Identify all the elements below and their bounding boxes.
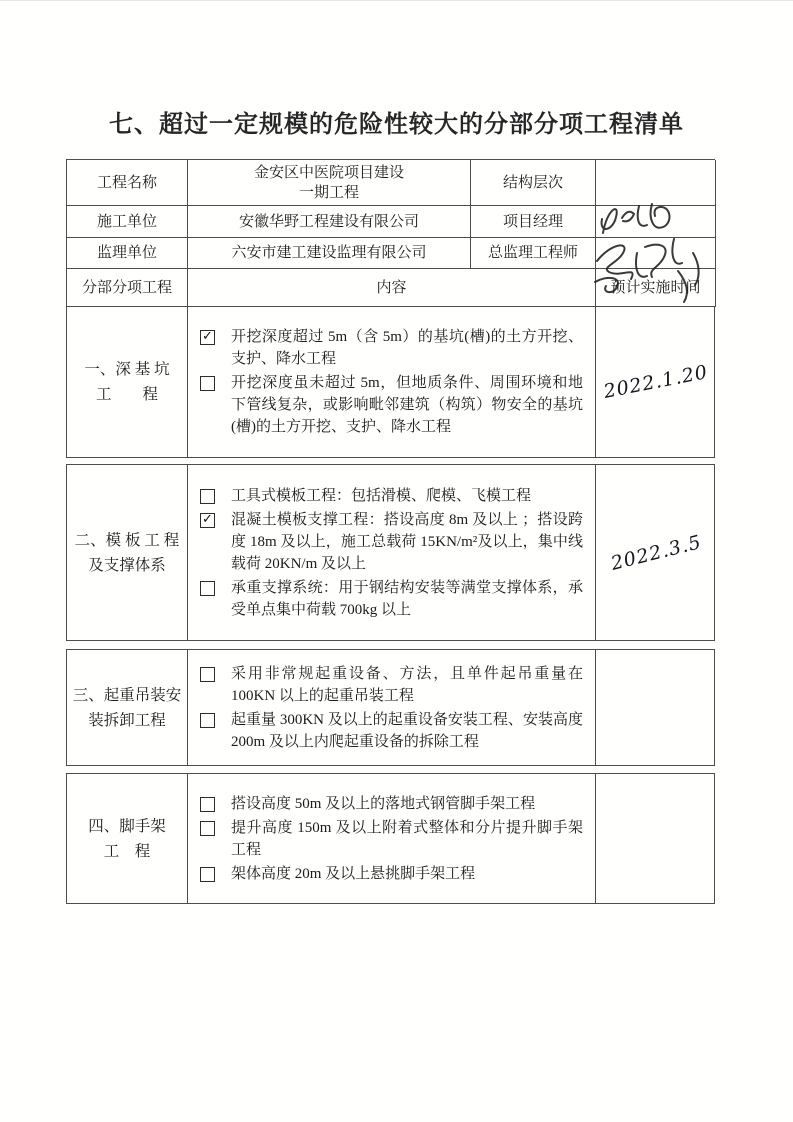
section-content: ✓ 开挖深度超过 5m（含 5m）的基坑(槽)的土方开挖、支护、降水工程 开挖深… [188,307,596,457]
section-label: 三、起重吊装安 装拆卸工程 [67,650,188,765]
page-title: 七、超过一定规模的危险性较大的分部分项工程清单 [0,104,793,139]
checklist-item: 采用非常规起重设备、方法，且单件起吊重量在 100KN 以上的起重吊装工程 [197,663,583,707]
column-header-content: 内容 [188,269,596,307]
checkbox-icon[interactable] [200,797,215,812]
section-label: 一、深 基 坑 工 程 [67,307,188,457]
structure-level-value [596,160,716,206]
project-name-value: 金安区中医院项目建设 一期工程 [188,160,471,206]
section-content: 工具式模板工程：包括滑模、爬模、飞模工程 ✓ 混凝土模板支撑工程：搭设高度 8m… [188,465,596,640]
section-label: 四、脚手架 工 程 [67,774,188,903]
planned-date-cell: 2022.1.20 [596,307,716,457]
checklist-item: 架体高度 20m 及以上悬挑脚手架工程 [197,863,583,885]
contractor-value: 安徽华野工程建设有限公司 [188,206,471,238]
checkbox-icon[interactable]: ✓ [200,330,215,345]
checklist-item-text: 提升高度 150m 及以上附着式整体和分片提升脚手架工程 [231,817,583,861]
planned-date-cell: 2022.3.5 [596,465,716,640]
section-deep-foundation-pit: 一、深 基 坑 工 程 ✓ 开挖深度超过 5m（含 5m）的基坑(槽)的土方开挖… [66,306,715,458]
structure-level-label: 结构层次 [471,160,596,206]
checklist-item-text: 混凝土模板支撑工程：搭设高度 8m 及以上 ；搭设跨度 18m 及以上，施工总载… [231,509,583,575]
project-name-label: 工程名称 [67,160,188,206]
checklist-item: ✓ 开挖深度超过 5m（含 5m）的基坑(槽)的土方开挖、支护、降水工程 [197,326,583,370]
checklist-item: 开挖深度虽未超过 5m，但地质条件、周围环境和地下管线复杂，或影响毗邻建筑（构筑… [197,372,583,438]
checklist-item: 搭设高度 50m 及以上的落地式钢管脚手架工程 [197,793,583,815]
checklist-item-text: 起重量 300KN 及以上的起重设备安装工程、安装高度 200m 及以上内爬起重… [231,709,583,753]
checkbox-icon[interactable] [200,581,215,596]
checklist-item: 提升高度 150m 及以上附着式整体和分片提升脚手架工程 [197,817,583,861]
supervision-unit-label: 监理单位 [67,238,188,269]
checkbox-icon[interactable] [200,821,215,836]
checklist-item-text: 工具式模板工程：包括滑模、爬模、飞模工程 [231,485,583,507]
chief-engineer-label: 总监理工程师 [471,238,596,269]
checklist-item-text: 采用非常规起重设备、方法，且单件起吊重量在 100KN 以上的起重吊装工程 [231,663,583,707]
project-manager-label: 项目经理 [471,206,596,238]
supervision-unit-value: 六安市建工建设监理有限公司 [188,238,471,269]
checkbox-icon[interactable] [200,667,215,682]
chief-engineer-signature-cell [596,238,716,269]
checklist-item-text: 搭设高度 50m 及以上的落地式钢管脚手架工程 [231,793,583,815]
checklist-item: ✓ 混凝土模板支撑工程：搭设高度 8m 及以上 ；搭设跨度 18m 及以上，施工… [197,509,583,575]
section-scaffolding: 四、脚手架 工 程 搭设高度 50m 及以上的落地式钢管脚手架工程 提升高度 1… [66,773,715,904]
checklist-item-text: 承重支撑系统：用于钢结构安装等满堂支撑体系，承受单点集中荷载 700kg 以上 [231,577,583,621]
checkbox-icon[interactable] [200,489,215,504]
column-header-subdivision: 分部分项工程 [67,269,188,307]
section-label: 二、模 板 工 程 及支撑体系 [67,465,188,640]
handwritten-date: 2022.3.5 [608,531,703,575]
checklist-item-text: 开挖深度虽未超过 5m，但地质条件、周围环境和地下管线复杂，或影响毗邻建筑（构筑… [231,372,583,438]
document-page: 七、超过一定规模的危险性较大的分部分项工程清单 工程名称 金安区中医院项目建设 … [0,0,793,1122]
project-name-line1: 金安区中医院项目建设 [254,163,404,183]
section-hoisting-works: 三、起重吊装安 装拆卸工程 采用非常规起重设备、方法，且单件起吊重量在 100K… [66,649,715,766]
checkbox-icon[interactable]: ✓ [200,513,215,528]
project-name-line2: 一期工程 [299,183,359,203]
project-info-table: 工程名称 金安区中医院项目建设 一期工程 结构层次 施工单位 安徽华野工程建设有… [66,159,715,307]
checklist-item: 工具式模板工程：包括滑模、爬模、飞模工程 [197,485,583,507]
project-manager-signature-cell [596,206,716,238]
checklist-item: 起重量 300KN 及以上的起重设备安装工程、安装高度 200m 及以上内爬起重… [197,709,583,753]
planned-date-cell [596,650,716,765]
checkbox-icon[interactable] [200,867,215,882]
handwritten-date: 2022.1.20 [602,361,710,403]
checkbox-icon[interactable] [200,376,215,391]
section-content: 采用非常规起重设备、方法，且单件起吊重量在 100KN 以上的起重吊装工程 起重… [188,650,596,765]
checklist-item: 承重支撑系统：用于钢结构安装等满堂支撑体系，承受单点集中荷载 700kg 以上 [197,577,583,621]
column-header-planned-time: 预计实施时间 [596,269,716,307]
planned-date-cell [596,774,716,903]
contractor-label: 施工单位 [67,206,188,238]
checkbox-icon[interactable] [200,713,215,728]
section-content: 搭设高度 50m 及以上的落地式钢管脚手架工程 提升高度 150m 及以上附着式… [188,774,596,903]
checklist-item-text: 架体高度 20m 及以上悬挑脚手架工程 [231,863,583,885]
section-formwork-support: 二、模 板 工 程 及支撑体系 工具式模板工程：包括滑模、爬模、飞模工程 ✓ 混… [66,464,715,641]
checklist-item-text: 开挖深度超过 5m（含 5m）的基坑(槽)的土方开挖、支护、降水工程 [231,326,583,370]
